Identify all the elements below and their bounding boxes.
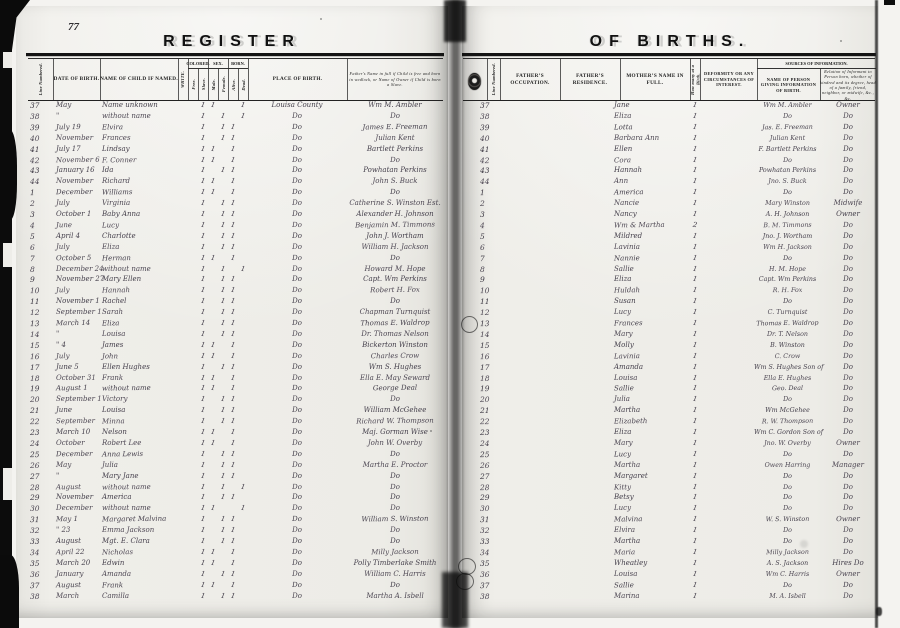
register-row: 36JanuaryAmanda111DoWilliam C. Harris xyxy=(16,569,448,580)
father-name: Chapman Turnquist xyxy=(347,307,443,318)
register-row: 37Jane1Wm M. AmblerOwner xyxy=(462,100,878,111)
register-row: 32" 23Emma Jackson111DoDo xyxy=(16,525,448,536)
register-row: 23Eliza1Wm C. Gordon Son ofDo xyxy=(462,427,878,438)
line-number: 37 xyxy=(30,100,54,111)
child-name: Sarah xyxy=(102,307,178,318)
line-number: 22 xyxy=(30,416,54,427)
mother-name: Wheatley xyxy=(614,558,688,569)
header-mother-name: MOTHER’S NAME IN FULL. xyxy=(620,59,690,100)
line-number: 38 xyxy=(30,111,54,122)
register-row: 36Louisa1Wm C. HarrisOwner xyxy=(462,569,878,580)
father-name: Howard M. Hope xyxy=(347,264,443,275)
sex-tick: 1 xyxy=(207,252,219,264)
register-row: 5Mildred1Jno. J. WorthamDo xyxy=(462,231,878,242)
line-number: 32 xyxy=(30,525,54,536)
register-row: 24Mary1Jno. W. OverbyOwner xyxy=(462,438,878,449)
header-dead-label: Dead. xyxy=(241,79,246,91)
date-of-birth: March xyxy=(56,591,100,602)
mother-name: Louisa xyxy=(614,569,688,580)
informant-relation: Do xyxy=(822,448,874,460)
place-of-birth: Do xyxy=(248,209,346,220)
register-row: 3Nancy1A. H. JohnsonOwner xyxy=(462,209,878,220)
informant-relation: Do xyxy=(822,231,874,242)
header-sources-group: SOURCES OF INFORMATION. xyxy=(757,59,876,69)
informant-name: Jno. S. Buck xyxy=(754,176,821,187)
binding-gutter xyxy=(446,0,465,628)
line-number: 12 xyxy=(30,307,54,318)
mother-name: Martha xyxy=(614,536,688,547)
register-row: 25Lucy1DoDo xyxy=(462,449,878,460)
register-row: 27Margaret1DoDo xyxy=(462,471,878,482)
line-number: 19 xyxy=(30,383,54,394)
mother-name: Lucy xyxy=(614,307,688,318)
informant-relation: Owner xyxy=(822,209,874,220)
sex-tick: 1 xyxy=(207,99,219,111)
line-number: 38 xyxy=(480,591,500,602)
line-number: 33 xyxy=(30,536,54,547)
line-number: 21 xyxy=(480,405,500,416)
informant-name: R. H. Fox xyxy=(754,285,821,297)
born-tick: 1 xyxy=(227,252,239,264)
line-number: 18 xyxy=(480,373,500,384)
informant-name: Do xyxy=(754,394,821,405)
date-of-birth: January 16 xyxy=(56,165,100,176)
line-number: 16 xyxy=(480,351,500,362)
register-title-left: REGISTER xyxy=(16,33,448,51)
register-right-page: OF BIRTHS. Line Numbered. FATHER’S OCCUP… xyxy=(462,6,878,618)
line-number: 11 xyxy=(30,296,54,307)
date-of-birth: December xyxy=(56,187,100,199)
binding-gutter-top xyxy=(444,0,466,42)
place-of-birth: Do xyxy=(248,591,346,602)
father-name: Benjamin M. Timmons xyxy=(347,219,443,231)
mother-name: Eliza xyxy=(614,427,688,438)
mother-name: Lavinia xyxy=(614,350,688,362)
place-of-birth: Do xyxy=(248,144,346,155)
date-of-birth: May 1 xyxy=(56,514,100,526)
place-of-birth: Do xyxy=(248,394,346,405)
informant-relation: Owner xyxy=(822,438,874,449)
father-name: William H. Jackson xyxy=(347,242,443,253)
line-number: 5 xyxy=(480,231,500,242)
father-name: John W. Overby xyxy=(347,438,443,449)
father-name: Martha A. Isbell xyxy=(347,591,443,602)
register-row: 13Frances1Thomas E. WaldropDo xyxy=(462,318,878,329)
place-of-birth: Do xyxy=(248,165,346,176)
register-row: 23March 10Nelson111DoMaj. Gorman Wise xyxy=(16,427,448,438)
header-free-label: Free. xyxy=(191,79,196,90)
line-number: 40 xyxy=(480,133,500,144)
date-of-birth: November 1 xyxy=(56,296,100,307)
informant-name: Do xyxy=(754,503,821,514)
header-born-dead: Dead. xyxy=(238,69,248,100)
line-number: 33 xyxy=(480,536,500,547)
scan-edge-blob xyxy=(0,130,17,220)
informant-name: Jno. J. Wortham xyxy=(754,231,821,242)
informant-name: Milly Jackson xyxy=(754,546,821,558)
line-number: 2 xyxy=(30,198,54,209)
father-name: Robert H. Fox xyxy=(347,285,443,297)
line-number: 37 xyxy=(480,100,500,111)
place-of-birth: Do xyxy=(248,154,346,166)
header-female-label: Female. xyxy=(221,76,226,92)
line-number: 6 xyxy=(480,242,500,253)
line-number: 40 xyxy=(30,133,54,144)
date-of-birth: December xyxy=(56,449,100,461)
informant-name: Wm S. Hughes Son of xyxy=(754,362,821,373)
informant-name: Wm H. Jackson xyxy=(754,242,821,253)
scan-margin-right xyxy=(879,0,900,628)
place-of-birth: Do xyxy=(248,460,346,471)
date-of-birth: November 6 xyxy=(56,154,100,166)
register-row: 6Lavinia1Wm H. JacksonDo xyxy=(462,242,878,253)
informant-name: Do xyxy=(754,448,821,460)
register-row: 41Ellen1F. Bartlett PerkinsDo xyxy=(462,144,878,155)
register-row: 42Cora1DoDo xyxy=(462,155,878,166)
informant-name: Do xyxy=(754,252,821,264)
informant-name: R. W. Thompson xyxy=(754,416,821,428)
header-male-label: Male. xyxy=(211,79,216,90)
informant-name: Do xyxy=(754,471,821,482)
informant-relation: Do xyxy=(822,394,874,405)
informant-relation: Do xyxy=(822,187,874,199)
informant-relation: Do xyxy=(822,121,874,133)
header-colored-free: Free. xyxy=(188,69,198,100)
father-name: Do xyxy=(347,154,443,166)
register-row: 17June 5Ellen Hughes111DoWm S. Hughes xyxy=(16,362,448,373)
place-of-birth: Do xyxy=(248,415,346,427)
informant-name: B. Winston xyxy=(754,340,821,351)
informant-name: Do xyxy=(754,154,821,166)
informant-name: A. H. Johnson xyxy=(754,209,821,220)
father-name: Do xyxy=(347,394,443,405)
date-of-birth: May xyxy=(56,100,100,111)
place-of-birth: Do xyxy=(248,546,346,558)
child-name: Margaret Malvina xyxy=(102,514,178,526)
mother-name: Mary xyxy=(614,438,688,449)
register-row: 35Wheatley1A. S. JacksonHires Do xyxy=(462,558,878,569)
scan-speck xyxy=(800,540,808,548)
informant-relation: Owner xyxy=(822,569,874,580)
register-row: 3October 1Baby Anna111DoAlexander H. Joh… xyxy=(16,209,448,220)
line-number: 39 xyxy=(480,122,500,133)
informant-relation: Do xyxy=(822,318,874,330)
line-number: 10 xyxy=(480,285,500,296)
register-left-page: 77 REGISTER Line Numbered. DATE OF BIRTH… xyxy=(16,6,448,618)
father-name: Do xyxy=(347,579,443,591)
informant-name: Do xyxy=(754,296,821,307)
mother-name: Martha xyxy=(614,460,688,471)
informant-relation: Do xyxy=(822,525,874,536)
father-name: Do xyxy=(347,111,443,122)
register-row: 11Susan1DoDo xyxy=(462,296,878,307)
informant-name: Owen Harring xyxy=(754,460,821,471)
informant-name: Mary Winston xyxy=(754,198,821,209)
place-of-birth: Do xyxy=(248,536,346,547)
mother-name: Lavinia xyxy=(614,242,688,253)
register-row: 37AugustFrank111DoDo xyxy=(16,580,448,591)
child-name: Virginia xyxy=(102,198,178,209)
line-number: 9 xyxy=(480,274,500,285)
place-of-birth: Do xyxy=(248,362,346,373)
line-number: 20 xyxy=(30,394,54,405)
father-name: Do xyxy=(347,252,443,264)
register-row: 38Marina1M. A. IsbellDo xyxy=(462,591,878,602)
informant-relation: Do xyxy=(822,405,874,416)
header-how-many: How many at a Birth. xyxy=(690,59,700,100)
child-name: Lindsay xyxy=(102,144,178,155)
date-of-birth: March 20 xyxy=(56,558,100,569)
line-number: 38 xyxy=(30,591,54,602)
child-name: Eliza xyxy=(102,318,178,330)
informant-relation: Do xyxy=(822,133,874,144)
register-row: 16Lavinia1C. CrowDo xyxy=(462,351,878,362)
child-name: Richard xyxy=(102,176,178,187)
header-father-note: Father's Name in full if Child is free a… xyxy=(349,59,441,100)
informant-relation: Do xyxy=(822,579,874,591)
father-name: Bickerton Winston xyxy=(347,340,443,351)
father-name: Do xyxy=(347,471,443,482)
father-name: Polly Timberlake Smith xyxy=(347,558,443,569)
sex-tick: 1 xyxy=(207,350,219,362)
place-of-birth: Do xyxy=(248,231,346,242)
line-number: 22 xyxy=(480,416,500,427)
register-row: 22SeptemberMinna111DoRichard W. Thompson xyxy=(16,416,448,427)
register-row: 34Maria1Milly JacksonDo xyxy=(462,547,878,558)
mother-name: Mary xyxy=(614,329,688,340)
informant-name: Do xyxy=(754,111,821,122)
father-name: John J. Wortham xyxy=(347,231,443,242)
scan-speck xyxy=(430,430,432,432)
register-row: 14Mary1Dr. T. NelsonDo xyxy=(462,329,878,340)
line-number: 1 xyxy=(30,187,54,198)
line-number: 29 xyxy=(30,492,54,503)
child-name: James xyxy=(102,340,178,351)
header-alive-label: Alive. xyxy=(231,79,236,91)
informant-name: Do xyxy=(754,536,821,547)
mother-name: Sallie xyxy=(614,579,688,591)
mother-name: Nancy xyxy=(614,209,688,220)
header-father-occupation: FATHER’S OCCUPATION. xyxy=(500,59,560,100)
line-number: 14 xyxy=(480,329,500,340)
informant-name: Wm McGehee xyxy=(754,405,821,416)
line-number: 9 xyxy=(30,274,54,285)
register-row: 6JulyEliza111DoWilliam H. Jackson xyxy=(16,242,448,253)
child-name: Baby Anna xyxy=(102,209,178,220)
line-number: 43 xyxy=(480,165,500,176)
register-row: 2Nancie1Mary WinstonMidwife xyxy=(462,198,878,209)
how-many-at-birth: 1 xyxy=(689,590,701,602)
register-row: 1DecemberWilliams111DoDo xyxy=(16,187,448,198)
line-number: 12 xyxy=(480,307,500,318)
place-of-birth: Do xyxy=(248,264,346,275)
informant-relation: Do xyxy=(822,383,874,395)
child-name: Charlotte xyxy=(102,231,178,242)
line-number: 31 xyxy=(30,514,54,525)
date-of-birth: November 27 xyxy=(56,274,100,285)
mother-name: America xyxy=(614,187,688,199)
scan-edge-right-line xyxy=(875,0,878,628)
date-of-birth: " xyxy=(56,471,100,482)
register-row: 43January 16Ida111DoPowhatan Perkins xyxy=(16,165,448,176)
informant-name: W. S. Winston xyxy=(754,514,821,526)
child-name: Herman xyxy=(102,252,178,264)
born-tick: 1 xyxy=(227,492,239,504)
informant-name: Wm M. Ambler xyxy=(754,100,821,111)
date-of-birth: " xyxy=(56,111,100,122)
child-name: F. Conner xyxy=(102,154,178,166)
register-row: 30Decemberwithout name111DoDo xyxy=(16,503,448,514)
father-name: Do xyxy=(347,448,443,460)
date-of-birth: April 4 xyxy=(56,231,100,242)
date-of-birth: March 14 xyxy=(56,318,100,330)
place-of-birth: Do xyxy=(248,317,346,329)
informant-name: Wm C. Gordon Son of xyxy=(754,427,821,438)
line-number: 41 xyxy=(30,144,54,155)
informant-relation: Do xyxy=(822,296,874,307)
sex-tick: 1 xyxy=(207,383,219,395)
line-number: 29 xyxy=(480,492,500,503)
informant-relation: Do xyxy=(822,591,874,602)
header-line-number-label: Line Numbered. xyxy=(491,63,497,95)
informant-name: Wm C. Harris xyxy=(754,569,821,580)
informant-name: Do xyxy=(754,525,821,536)
line-number: 15 xyxy=(480,340,500,351)
register-row: 26Martha1Owen HarringManager xyxy=(462,460,878,471)
place-of-birth: Do xyxy=(248,285,346,297)
header-father-residence: FATHER’S RESIDENCE. xyxy=(560,59,620,100)
register-row: 15" 4James111DoBickerton Winston xyxy=(16,340,448,351)
informant-relation: Owner xyxy=(822,100,874,111)
informant-name: C. Crow xyxy=(754,350,821,362)
register-row: 33Martha1DoDo xyxy=(462,536,878,547)
line-number: 4 xyxy=(480,220,500,231)
date-of-birth: August xyxy=(56,579,100,591)
informant-name: H. M. Hope xyxy=(754,264,821,275)
line-number: 30 xyxy=(480,503,500,514)
father-name: Bartlett Perkins xyxy=(347,144,443,155)
scan-edge-blob xyxy=(0,555,19,628)
register-row: 38Eliza1DoDo xyxy=(462,111,878,122)
child-name: Louisa xyxy=(102,405,178,416)
register-row: 28Kitty1DoDo xyxy=(462,482,878,493)
register-row: 40NovemberFrances111DoJulian Kent xyxy=(16,133,448,144)
date-of-birth: July 17 xyxy=(56,144,100,155)
child-name: Nelson xyxy=(102,427,178,438)
child-name: Robert Lee xyxy=(102,438,178,449)
register-row: 19Sallie1Geo. DealDo xyxy=(462,383,878,394)
line-number: 3 xyxy=(30,209,54,220)
informant-relation: Do xyxy=(822,264,874,275)
mother-name: Cora xyxy=(614,154,688,166)
informant-name: Do xyxy=(754,579,821,591)
register-row: 35March 20Edwin111DoPolly Timberlake Smi… xyxy=(16,558,448,569)
scan-edge-notch xyxy=(3,468,12,500)
sex-tick: 1 xyxy=(207,557,219,569)
child-name: Name unknown xyxy=(102,100,178,111)
line-number: 36 xyxy=(30,569,54,580)
mother-name: Kitty xyxy=(614,481,688,493)
place-of-birth: Do xyxy=(248,340,346,351)
date-of-birth: December xyxy=(56,503,100,514)
informant-name: B. M. Timmons xyxy=(754,219,821,231)
mother-name: Elvira xyxy=(614,525,688,536)
header-sex-group: SEX. xyxy=(208,59,228,69)
register-row: 15Molly1B. WinstonDo xyxy=(462,340,878,351)
mother-name: Amanda xyxy=(614,362,688,373)
register-row: 22Elizabeth1R. W. ThompsonDo xyxy=(462,416,878,427)
mother-name: Molly xyxy=(614,340,688,351)
register-row: 4JuneLucy111DoBenjamin M. Timmons xyxy=(16,220,448,231)
date-of-birth: July xyxy=(56,285,100,297)
mother-name: Nancie xyxy=(614,198,688,209)
binding-gutter-bottom xyxy=(442,572,468,628)
header-how-many-label: How many at a Birth. xyxy=(690,59,701,100)
sex-tick: 1 xyxy=(207,437,219,449)
father-name: Alexander H. Johnson xyxy=(347,209,443,220)
place-of-birth: Do xyxy=(248,252,346,264)
informant-relation: Do xyxy=(822,547,874,559)
scan-speck xyxy=(840,40,842,42)
header-born-group: BORN. xyxy=(228,59,248,69)
line-number: 34 xyxy=(480,547,500,558)
register-row: 38"without name111DoDo xyxy=(16,111,448,122)
informant-relation: Do xyxy=(822,252,874,264)
informant-relation: Do xyxy=(822,285,874,297)
father-name: William McGehee xyxy=(347,405,443,416)
line-number: 17 xyxy=(30,362,54,373)
date-of-birth: November xyxy=(56,133,100,144)
line-number: 30 xyxy=(30,503,54,514)
line-number: 31 xyxy=(480,514,500,525)
date-of-birth: January xyxy=(56,569,100,580)
mother-name: Sallie xyxy=(614,383,688,395)
place-of-birth: Do xyxy=(248,307,346,318)
child-name: Frank xyxy=(102,579,178,591)
register-row: 8Sallie1H. M. HopeDo xyxy=(462,264,878,275)
informant-name: Powhatan Perkins xyxy=(754,165,821,176)
sex-tick: 1 xyxy=(207,579,219,591)
header-colored-group: COLORED. xyxy=(188,59,208,69)
father-name: Do xyxy=(347,187,443,199)
place-of-birth: Do xyxy=(248,187,346,199)
register-row: 2JulyVirginia111DoCatherine S. Winston E… xyxy=(16,198,448,209)
mother-name: Lucy xyxy=(614,503,688,514)
date-of-birth: August 1 xyxy=(56,383,100,395)
informant-name: Jas. E. Freeman xyxy=(754,121,821,133)
line-number: 6 xyxy=(30,242,54,253)
mother-name: Lucy xyxy=(614,448,688,460)
register-row: 38MarchCamilla111DoMartha A. Isbell xyxy=(16,591,448,602)
mother-name: Eliza xyxy=(614,111,688,122)
header-line-number: Line Numbered. xyxy=(487,59,500,100)
register-title-right: OF BIRTHS. xyxy=(462,33,878,51)
register-row: 41July 17Lindsay111DoBartlett Perkins xyxy=(16,144,448,155)
informant-relation: Do xyxy=(822,362,874,373)
place-of-birth: Do xyxy=(248,448,346,460)
date-of-birth: August xyxy=(56,481,100,493)
place-of-birth: Louisa County xyxy=(248,100,346,111)
left-table-rows: 37MayName unknown111Louisa CountyWm M. A… xyxy=(16,100,448,603)
father-name: Julian Kent xyxy=(347,133,443,144)
register-row: 31May 1Margaret Malvina111DoWilliam S. W… xyxy=(16,514,448,525)
header-line-number-label: Line Numbered. xyxy=(38,63,44,95)
header-deformity: DEFORMITY OR ANY CIRCUMSTANCES OF INTERE… xyxy=(701,59,757,100)
line-number: 25 xyxy=(30,449,54,460)
date-of-birth: June 5 xyxy=(56,362,100,373)
line-number: 23 xyxy=(480,427,500,438)
line-number: 26 xyxy=(30,460,54,471)
